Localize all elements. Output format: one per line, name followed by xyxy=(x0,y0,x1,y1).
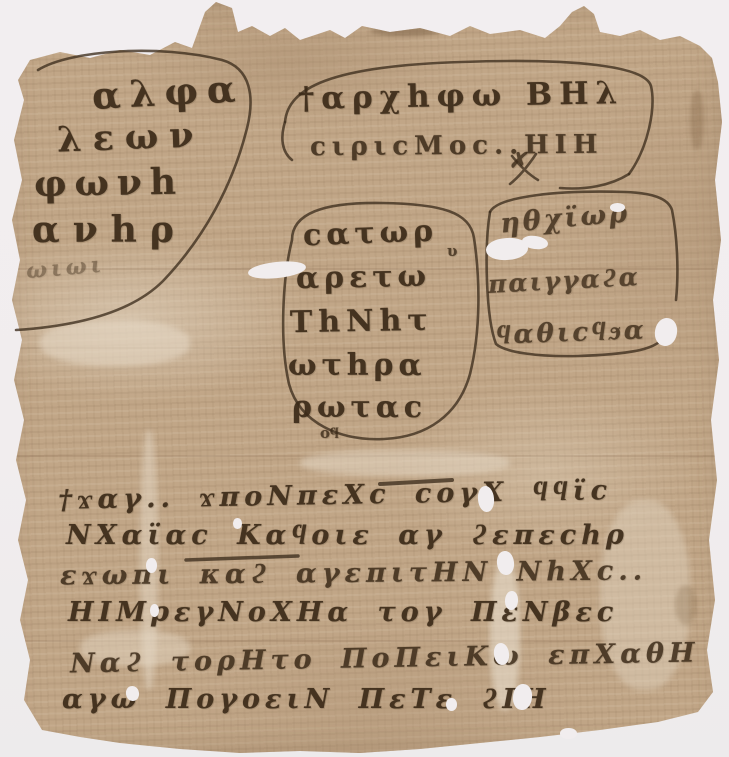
damage-hole xyxy=(146,558,157,573)
stain xyxy=(690,90,704,150)
sator-line: ϲατωρ xyxy=(302,214,438,254)
stain xyxy=(370,26,440,36)
stain xyxy=(675,585,697,625)
frame-mark: ✗ xyxy=(508,147,530,175)
damage-hole xyxy=(150,604,159,617)
damage-hole xyxy=(446,698,457,711)
sator-line: ΤhΝhτ xyxy=(290,303,434,341)
sator-subscript: οϥ xyxy=(320,424,339,443)
sator-line: ωτhρα xyxy=(288,348,427,383)
abrasion-patch xyxy=(40,320,190,366)
creatures-line: λεων xyxy=(56,114,205,160)
incantation-line: ΝΧαϊαϲ Καϥοιε αγ ϩεπεϲhρ xyxy=(66,520,629,551)
creatures-line: ανhρ xyxy=(32,209,187,251)
sator-superscript: υ xyxy=(447,242,457,260)
damage-hole xyxy=(233,518,242,529)
damage-hole xyxy=(610,203,625,212)
creatures-line: φωνh xyxy=(34,161,185,206)
title-oval-line: †αρχhφω ΒΗλ xyxy=(298,75,625,117)
creatures-line: αλφα xyxy=(91,66,245,118)
names-line: ϥαθιϲϥϧα xyxy=(496,315,648,350)
papyrus-photo: αλφα λεων φωνh ανhρ ωιωι †αρχhφω ΒΗλ ϲιρ… xyxy=(0,0,729,757)
title-oval-line: ϲιριϲΜοϲ..ΗΙΗ xyxy=(310,130,604,163)
abrasion-patch xyxy=(300,450,510,476)
sator-line: αρετω xyxy=(296,259,432,296)
sator-line: ρωταϲ xyxy=(292,390,427,425)
damage-hole xyxy=(560,728,577,739)
